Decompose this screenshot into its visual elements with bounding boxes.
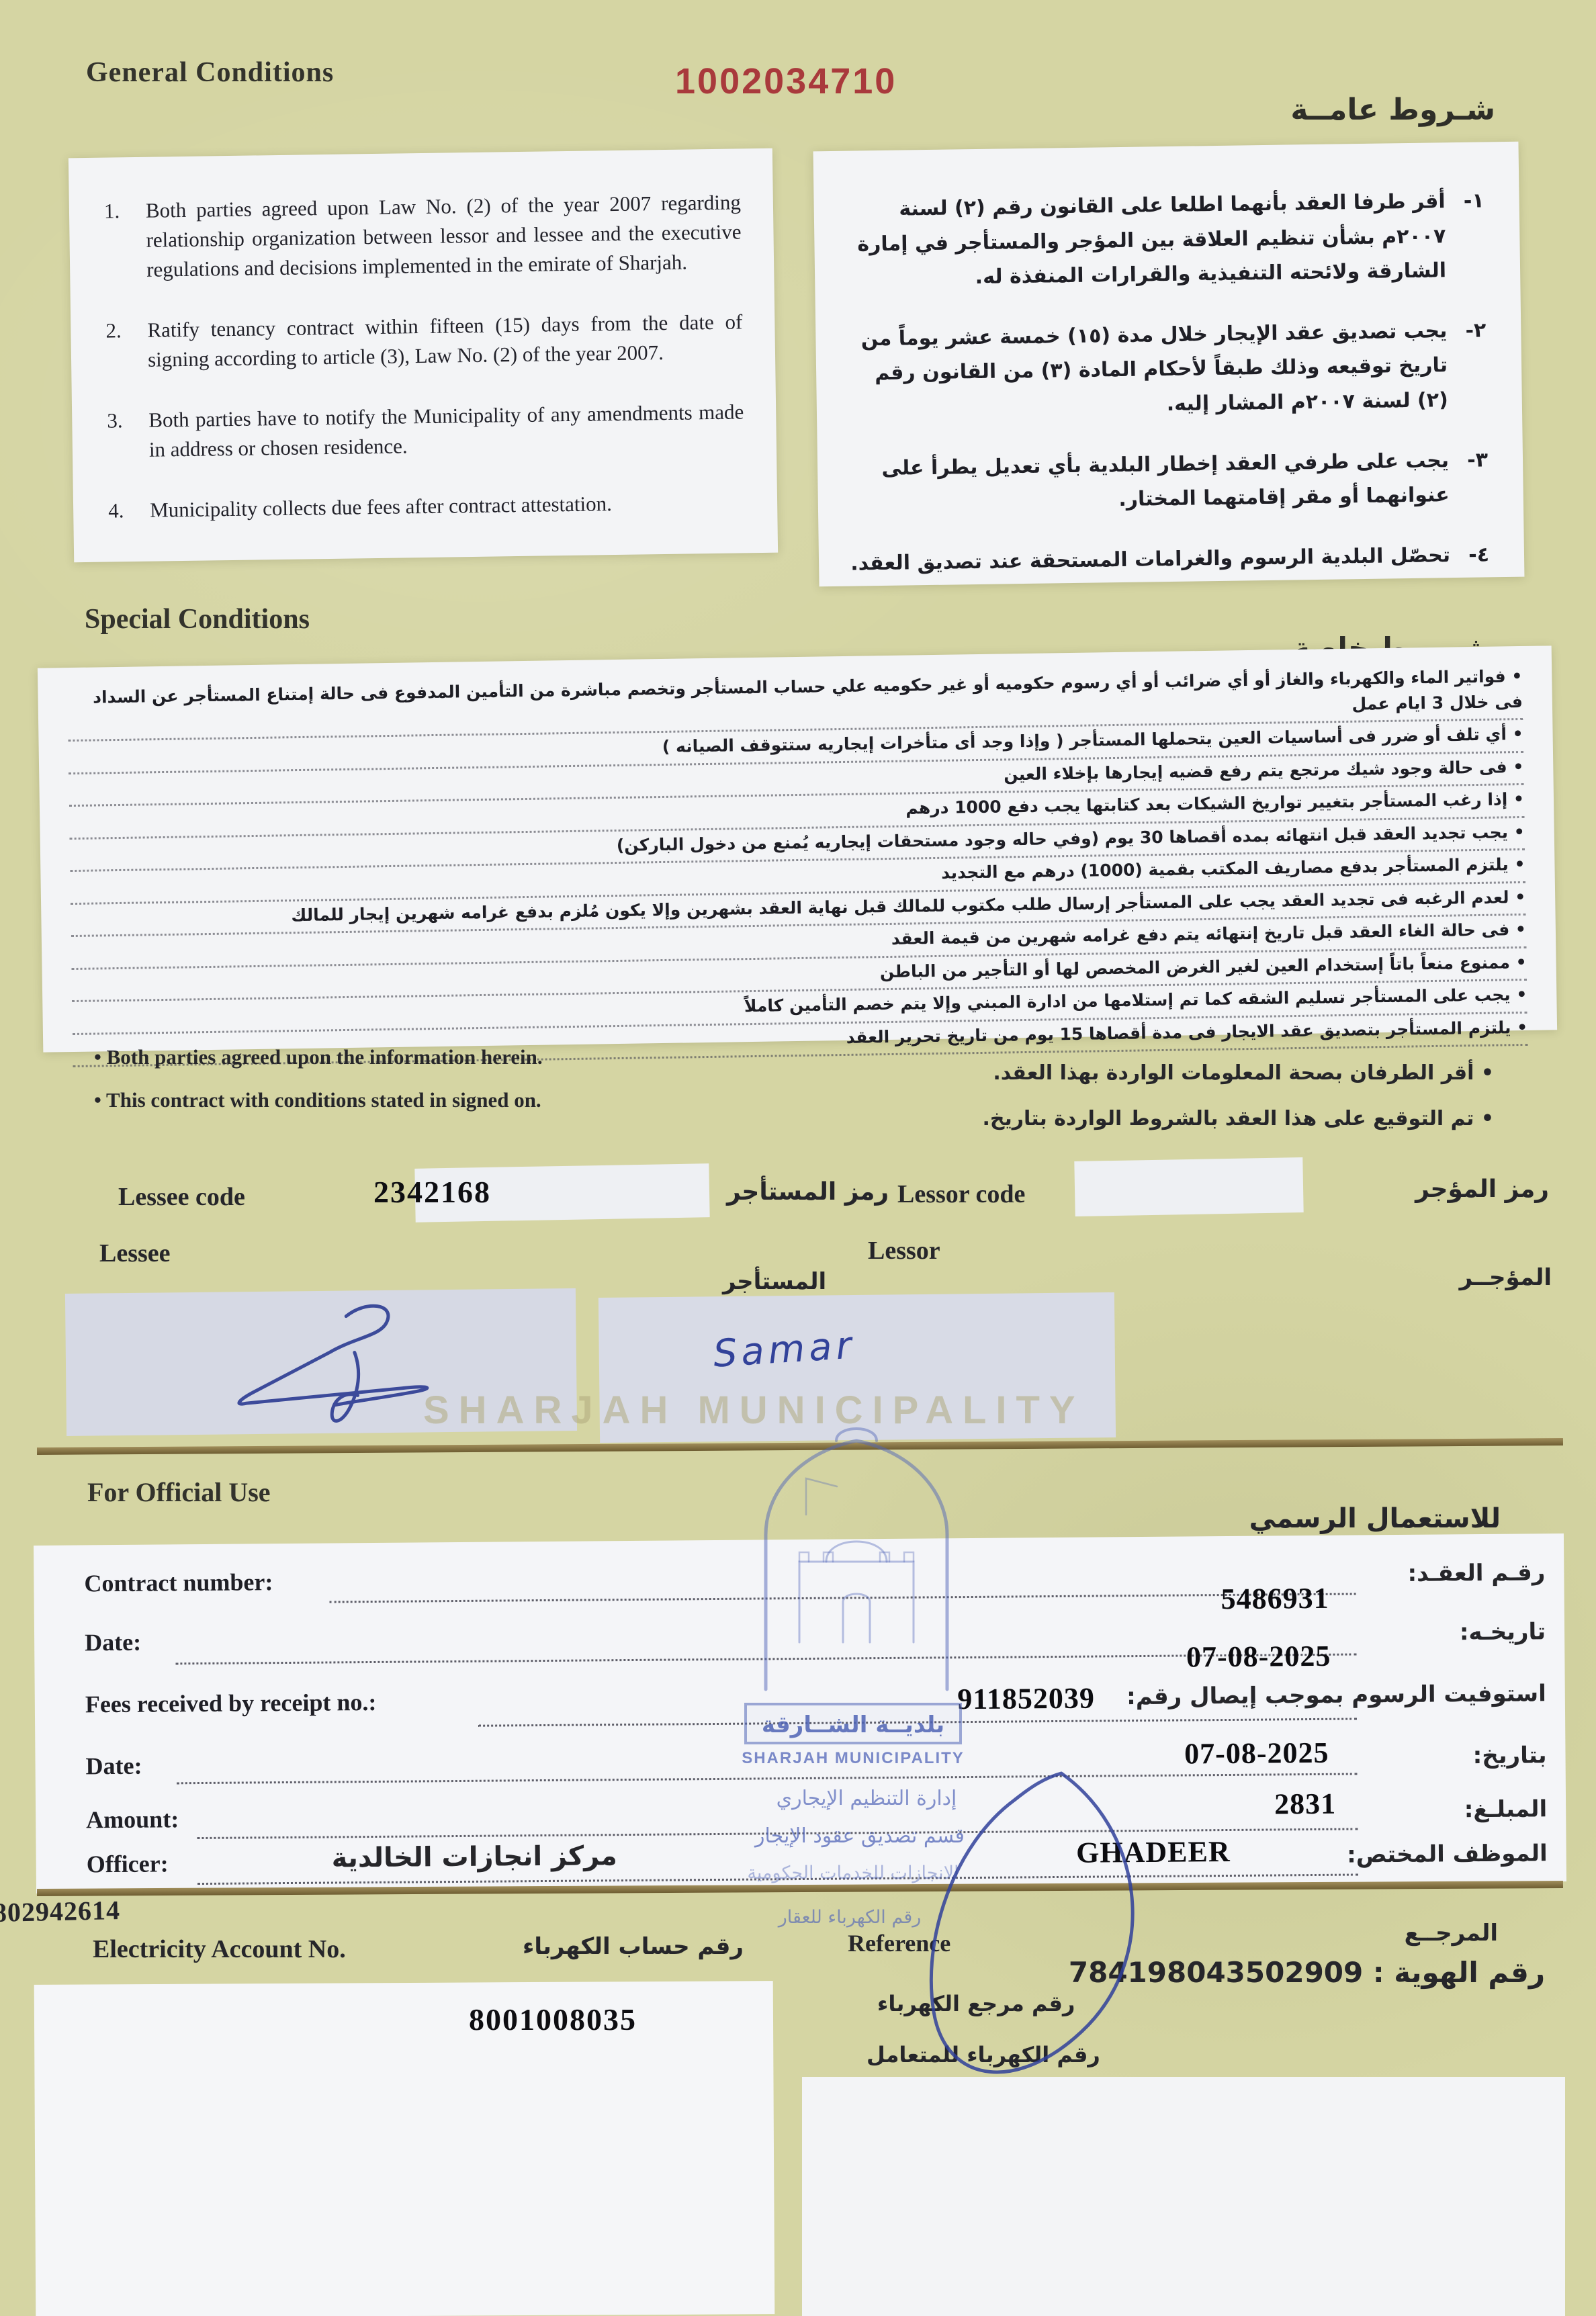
item-text: Municipality collects due fees after con… (150, 489, 612, 525)
stamp-line-4: رقم الكهرباء للعقار (777, 1907, 922, 1928)
amount-label-ar: المبلـغ: (1464, 1795, 1548, 1823)
officer-label-ar: الموظف المختص: (1347, 1840, 1548, 1868)
electricity-account-label-ar: رقم حساب الكهرباء (523, 1933, 744, 1960)
reference-label-ar: المرجــع (1405, 1920, 1498, 1947)
officer-label-en: Officer: (87, 1849, 169, 1878)
item-number: ٢- (1447, 313, 1487, 418)
lessee-label-en: Lessee (99, 1239, 171, 1268)
contract-number-value: 5486931 (1221, 1581, 1329, 1616)
general-condition-ar-4: ٤- تحصّل البلدية الرسوم والغرامات المستح… (850, 537, 1490, 581)
receipt-date-value: 07-08-2025 (1184, 1736, 1329, 1771)
amount-value: 2831 (1274, 1787, 1336, 1822)
document-page: General Conditions 1002034710 شـروط عامـ… (0, 0, 1596, 2316)
general-condition-ar-3: ٣- يجب على طرفي العقد إخطار البلدية بأي … (848, 443, 1489, 521)
item-text: أقر طرفا العقد بأنهما اطلعا على القانون … (844, 184, 1446, 296)
agreement-line-en-1: • Both parties agreed upon the informati… (94, 1045, 543, 1069)
item-number: 3. (107, 406, 149, 465)
contract-serial-number: 1002034710 (675, 60, 897, 102)
contract-number-label-ar: رقـم العقـد: (1407, 1559, 1545, 1587)
electricity-customer-label-ar: رقم الكهرباء للمتعامل (867, 2042, 1100, 2067)
special-conditions-title-en: Special Conditions (85, 603, 310, 635)
general-conditions-title-ar: شـروط عامــة (1290, 93, 1495, 127)
lessor-code-label-en: Lessor code (897, 1179, 1025, 1209)
agreement-line-en-2: • This contract with conditions stated i… (94, 1088, 541, 1112)
lessee-code-label-ar: رمز المستأجر (727, 1178, 889, 1206)
item-text: يجب تصديق عقد الإيجار خلال مدة (١٥) خمسة… (846, 314, 1448, 426)
receipt-label-en: Fees received by receipt no.: (85, 1688, 377, 1718)
officer-center-note: مركز انجازات الخالدية (331, 1840, 617, 1873)
item-text: Both parties have to notify the Municipa… (148, 397, 744, 464)
item-text: يجب على طرفي العقد إخطار البلدية بأي تعد… (848, 443, 1450, 521)
lessor-label-ar: المؤجــر (1460, 1264, 1552, 1291)
official-use-title-ar: للاستعمال الرسمي (1249, 1503, 1501, 1534)
agreement-line-ar-2: • تم التوقيع على هذا العقد بالشروط الوار… (982, 1107, 1494, 1130)
general-condition-ar-2: ٢- يجب تصديق عقد الإيجار خلال مدة (١٥) خ… (846, 313, 1487, 426)
item-text: Ratify tenancy contract within fifteen (… (147, 307, 743, 374)
contract-date-row: Date: 07-08-2025 تاريخـه: (34, 1617, 1565, 1683)
dotted-line (478, 1718, 1357, 1726)
item-number: ٣- (1449, 443, 1489, 513)
general-conditions-box-ar: ١- أقر طرفا العقد بأنهما اطلعا على القان… (813, 142, 1525, 587)
general-condition-en-1: 1. Both parties agreed upon Law No. (2) … (104, 187, 742, 285)
item-number: 1. (104, 196, 147, 285)
electricity-account-label-en: Electricity Account No. (93, 1934, 346, 1964)
margin-reference-number: 802942614 (0, 1894, 120, 1928)
date-label-ar: بتاريخ: (1473, 1742, 1547, 1769)
item-number: 2. (105, 316, 148, 375)
item-number: ٤- (1450, 537, 1490, 572)
lessor-label-en: Lessor (868, 1236, 940, 1265)
receipt-number-row: Fees received by receipt no.: 911852039 … (35, 1679, 1566, 1744)
date-label-en: Date: (85, 1628, 141, 1657)
lessee-label-ar: المستأجر (723, 1268, 826, 1295)
officer-name-value: GHADEER (1076, 1834, 1231, 1870)
municipality-watermark: SHARJAH MUNICIPALITY (423, 1388, 1085, 1433)
item-text: تحصّل البلدية الرسوم والغرامات المستحقة … (850, 538, 1451, 581)
general-conditions-title-en: General Conditions (86, 56, 334, 89)
date-label-en: Date: (85, 1752, 142, 1781)
lessor-code-field (1074, 1157, 1303, 1216)
item-text: Both parties agreed upon Law No. (2) of … (146, 187, 742, 284)
reference-field (802, 2077, 1565, 2316)
dotted-line (330, 1593, 1356, 1603)
contract-date-value: 07-08-2025 (1186, 1639, 1331, 1675)
date-label-ar: تاريخـه: (1460, 1618, 1546, 1646)
general-condition-en-2: 2. Ratify tenancy contract within fiftee… (105, 307, 743, 375)
identity-number-line: رقم الهوية : 784198043502909 (1069, 1956, 1545, 1989)
reference-label-en: Reference (848, 1929, 950, 1957)
lessor-signature-text: Samar (712, 1324, 856, 1376)
agreement-line-ar-1: • أقر الطرفان بصحة المعلومات الواردة بهذ… (993, 1061, 1494, 1085)
item-number: 4. (108, 496, 150, 526)
general-condition-en-4: 4. Municipality collects due fees after … (108, 487, 746, 525)
contract-number-row: Contract number: 5486931 رقـم العقـد: (34, 1558, 1564, 1623)
contract-number-label-en: Contract number: (84, 1568, 273, 1597)
electricity-account-field (34, 1981, 775, 2316)
general-condition-ar-1: ١- أقر طرفا العقد بأنهما اطلعا على القان… (844, 183, 1485, 296)
official-use-title-en: For Official Use (87, 1476, 271, 1508)
electricity-account-value: 8001008035 (469, 2002, 637, 2037)
special-conditions-box: فواتير الماء والكهرباء والغاز أو أي ضرائ… (38, 645, 1557, 1052)
dotted-line (175, 1653, 1356, 1664)
official-use-box: Contract number: 5486931 رقـم العقـد: Da… (34, 1533, 1566, 1894)
general-conditions-box-en: 1. Both parties agreed upon Law No. (2) … (69, 148, 778, 563)
receipt-number-value: 911852039 (957, 1681, 1095, 1717)
lessee-code-value: 2342168 (373, 1174, 491, 1210)
lessor-code-label-ar: رمز المؤجر (1415, 1175, 1549, 1203)
general-condition-en-3: 3. Both parties have to notify the Munic… (107, 397, 744, 465)
receipt-label-ar: استوفيت الرسوم بموجب إيصال رقم: (1126, 1680, 1546, 1710)
item-number: ١- (1445, 183, 1485, 288)
lessee-code-label-en: Lessee code (118, 1182, 245, 1212)
dotted-line (177, 1773, 1358, 1784)
amount-label-en: Amount: (86, 1805, 179, 1834)
electricity-reference-label-ar: رقم مرجع الكهرباء (877, 1991, 1075, 2016)
